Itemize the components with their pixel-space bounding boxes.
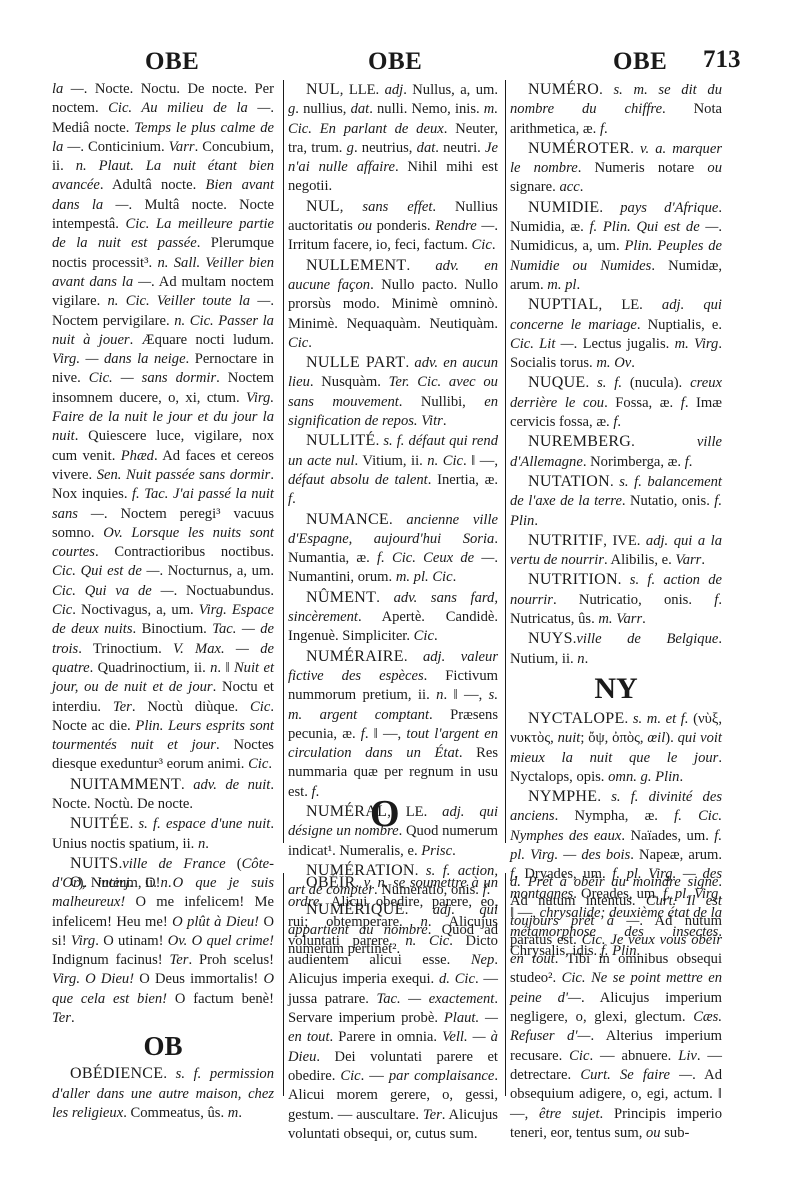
definition-italic: dat — [417, 140, 436, 156]
dictionary-entry: NULLITÉ. s. f. défaut qui rend un acte n… — [288, 431, 498, 509]
definition-italic: Varr — [169, 139, 195, 155]
definition-italic: Curt. Se faire — — [580, 1067, 692, 1083]
definition-italic: Cic — [472, 237, 492, 253]
bottom-column-1: O, interj. O! O que je suis malheureux! … — [52, 873, 274, 1123]
dictionary-entry: NUMÉRAIRE. adj. valeur fictive des espèc… — [288, 647, 498, 802]
definition-italic: Liv — [678, 1048, 697, 1064]
top-column-1: la —. Nocte. Noctu. De nocte. Per noctem… — [52, 80, 274, 893]
headword: NUTATION — [528, 473, 610, 490]
definition-italic: Sen. Nuit passée sans dormir — [97, 467, 271, 483]
definition-italic: Cic. Qui est de — — [52, 563, 159, 579]
dictionary-entry: NULLE PART. adv. en aucun lieu. Nusquàm.… — [288, 353, 498, 431]
definition-italic: Rendre — — [435, 218, 494, 234]
definition-italic: Plin. Peuples de Numidie ou Numides — [510, 238, 722, 273]
definition-italic: Je n'ai nulle affaire — [288, 140, 498, 175]
definition-italic: Temps le plus calme de la — — [52, 120, 274, 155]
definition-italic: Phæd — [121, 448, 154, 464]
dictionary-entry: NUQUE. s. f. (nucula). creux derrière le… — [510, 373, 722, 432]
definition-italic: f — [714, 592, 718, 608]
section-heading: OB — [52, 1028, 274, 1064]
headword: OBÉIR — [306, 874, 356, 891]
definition-italic: Ter — [170, 952, 189, 968]
headword: NUMÉROTER — [528, 140, 630, 157]
dictionary-page: OBE OBE OBE 713 la —. Nocte. Noctu. De n… — [0, 0, 795, 1200]
definition-italic: dat — [351, 101, 370, 117]
definition-italic: ville de Belgique — [576, 631, 718, 647]
letter-section-heading: O — [370, 792, 400, 836]
dictionary-entry: NUTRITION. s. f. action de nourrir. Nutr… — [510, 570, 722, 629]
definition-italic: Cic. La meilleure partie de la nuit est … — [52, 216, 274, 251]
bottom-column-3: d. Prêt à obéir au moindre signe. Ad nut… — [510, 873, 722, 1143]
definition-italic: ou — [646, 1125, 661, 1141]
definition-italic: interj — [98, 875, 130, 891]
definition-italic: m — [228, 1105, 239, 1121]
definition-italic: ou — [357, 218, 372, 234]
dictionary-entry: NUYS.ville de Belgique. Nutium, ii. n. — [510, 629, 722, 669]
column-rule — [505, 80, 506, 843]
headword: NUMÉRAIRE — [306, 648, 404, 665]
headword: NUITÉE — [70, 815, 130, 832]
definition-italic: Cic — [52, 602, 72, 618]
headword: NUL — [306, 81, 340, 98]
definition-italic: Cic. Au milieu de la — — [108, 100, 270, 116]
dictionary-entry: NÛMENT. adv. sans fard, sincèrement. Ape… — [288, 588, 498, 647]
headword: NÛMENT — [306, 589, 376, 606]
definition-italic: s. m. et f. — [633, 711, 689, 727]
definition-italic: défaut absolu de talent — [288, 472, 428, 488]
bottom-column-2: OBÉIR. v. n. se soumettre à un ordre. Al… — [288, 873, 498, 1144]
definition-italic: d. Prêt à obéir au moindre signe — [510, 874, 718, 890]
definition-italic: omn. g. Plin — [608, 769, 679, 785]
definition-italic: œil — [647, 730, 665, 746]
headword: NUPTIAL — [528, 296, 599, 313]
definition-italic: adv. de nuit — [193, 777, 270, 793]
dictionary-entry: NUL, sans effet. Nullius auctoritatis ou… — [288, 197, 498, 256]
definition-italic: n — [198, 836, 205, 852]
column-rule — [505, 873, 506, 1096]
headword: NUITS — [70, 855, 119, 872]
definition-italic: f — [600, 121, 604, 137]
headword: NUYS — [528, 630, 573, 647]
definition-italic: m. Varr — [598, 611, 642, 627]
definition-italic: n. Sall. Veiller bien avant dans la — — [52, 255, 274, 290]
definition-italic: Virg. Faire de la nuit le jour et du jou… — [52, 390, 274, 445]
definition-italic: n. Cic — [405, 933, 449, 949]
definition-italic: par complaisance — [389, 1068, 495, 1084]
definition-italic: Cic. Ne se point mettre en peine d'— — [510, 970, 722, 1005]
definition-italic: m. Cic. En parlant de deux — [288, 101, 498, 136]
definition-italic: tout l'argent en circulation dans un Éta… — [288, 726, 498, 761]
definition-italic: Cic. Je veux vous obéir en tout — [510, 932, 722, 967]
definition-italic: f — [613, 414, 617, 430]
definition-italic: Virg — [71, 933, 95, 949]
column-rule — [283, 873, 284, 1096]
headword: NUMIDIE — [528, 199, 599, 216]
dictionary-entry: NULLEMENT. adv. en aucune façon. Nullo p… — [288, 256, 498, 353]
dictionary-entry: O, interj. O! O que je suis malheureux! … — [52, 873, 274, 1028]
definition-italic: f — [312, 784, 316, 800]
dictionary-entry: NUMANCE. ancienne ville d'Espagne, aujou… — [288, 510, 498, 588]
dictionary-entry: NUPTIAL, LE. adj. qui concerne le mariag… — [510, 295, 722, 373]
headword: NUITAMMENT — [70, 776, 181, 793]
dictionary-entry: NUITÉE. s. f. espace d'une nuit. Unius n… — [52, 814, 274, 854]
definition-italic: n — [577, 651, 584, 667]
headword: NUREMBERG — [528, 433, 631, 450]
dictionary-entry: NUTATION. s. f. balancement de l'axe de … — [510, 472, 722, 531]
definition-italic: Cic — [288, 335, 308, 351]
definition-italic: m. pl. Cic — [396, 569, 453, 585]
dictionary-entry: NUREMBERG. ville d'Allemagne. Norimberga… — [510, 432, 722, 472]
definition-italic: Cic — [569, 1048, 589, 1064]
dictionary-entry: OBÉDIENCE. s. f. permission d'aller dans… — [52, 1064, 274, 1123]
definition-italic: f. Cic. Ceux de — — [377, 550, 494, 566]
definition-italic: Nep — [471, 952, 495, 968]
definition-italic: nuit — [558, 730, 581, 746]
definition-italic: Varr — [675, 552, 701, 568]
definition-italic: s. f. espace d'une nuit — [138, 816, 270, 832]
dictionary-entry: NUMÉRO. s. m. se dit du nombre du chiffr… — [510, 80, 722, 139]
definition-italic: n. Cic. Passer la nuit à jouer — [52, 313, 274, 348]
definition-italic: Virg. O Dieu! — [52, 971, 134, 987]
dictionary-entry: NUTRITIF, IVE. adj. qui a la vertu de no… — [510, 531, 722, 571]
column-rule — [283, 80, 284, 843]
definition-italic: n. Cic — [427, 453, 463, 469]
definition-italic: g — [288, 101, 295, 117]
headword: NUTRITIF — [528, 532, 603, 549]
definition-italic: Cic — [414, 628, 434, 644]
headword: OBÉDIENCE — [70, 1065, 163, 1082]
definition-italic: s. f. — [597, 375, 622, 391]
definition-italic: Cic. Lit — — [510, 336, 574, 352]
page-number: 713 — [703, 46, 741, 74]
definition-italic: ou — [707, 160, 722, 176]
definition-italic: n — [421, 914, 428, 930]
definition-italic: la — — [52, 81, 84, 97]
headword: O — [70, 874, 82, 891]
definition-italic: m. pl — [547, 277, 576, 293]
definition-italic: f — [288, 491, 292, 507]
entry-continuation: d. Prêt à obéir au moindre signe. Ad nut… — [510, 873, 722, 1143]
definition-italic: n — [210, 660, 217, 676]
top-column-3: NUMÉRO. s. m. se dit du nombre du chiffr… — [510, 80, 722, 962]
dictionary-entry: OBÉIR. v. n. se soumettre à un ordre. Al… — [288, 873, 498, 1144]
definition-italic: Tac. — exactement — [376, 991, 494, 1007]
definition-italic: s. m. argent comptant — [288, 687, 498, 722]
definition-italic: m. Ov — [596, 355, 631, 371]
headword: NYMPHE — [528, 788, 597, 805]
definition-italic: Prisc — [421, 843, 452, 859]
definition-italic: Ter — [423, 1107, 442, 1123]
headword: NULLITÉ — [306, 432, 376, 449]
running-head-right: OBE — [613, 48, 667, 76]
definition-italic: Virg. — dans la neige — [52, 351, 186, 367]
definition-italic: f — [361, 726, 365, 742]
definition-italic: f — [681, 395, 685, 411]
definition-italic: Curt. Il est toujours prêt à — — [510, 893, 722, 928]
definition-italic: Ov. Lorsque les nuits sont courtes — [52, 525, 274, 560]
definition-italic: n. Cic. Veiller toute la — — [108, 293, 271, 309]
headword: NUMANCE — [306, 511, 389, 528]
definition-italic: sans effet — [362, 199, 432, 215]
section-heading: NY — [510, 669, 722, 709]
definition-italic: adj — [385, 82, 404, 98]
definition-italic: pays d'Afrique — [620, 200, 718, 216]
definition-italic: f — [685, 454, 689, 470]
definition-italic: Cæs. Refuser d'— — [510, 1009, 722, 1044]
definition-italic: Cic — [248, 756, 268, 772]
running-head-center: OBE — [368, 48, 422, 76]
definition-italic: Cic. Qui va de — — [52, 583, 174, 599]
headword: NUMÉRO — [528, 81, 599, 98]
definition-italic: O que je suis malheureux! — [52, 875, 274, 910]
definition-italic: O plût à Dieu! — [172, 914, 259, 930]
headword: NULLEMENT — [306, 257, 406, 274]
dictionary-entry: NUITAMMENT. adv. de nuit. Nocte. Noctù. … — [52, 775, 274, 815]
running-head-left: OBE — [145, 48, 199, 76]
definition-italic: f. Tac. J'ai passé la nuit sans — — [52, 486, 274, 521]
definition-italic: f. Plin. Qui est de — — [589, 219, 718, 235]
definition-italic: Ter — [113, 699, 132, 715]
definition-italic: qui voit mieux la nuit que le jour — [510, 730, 722, 765]
headword: NUTRITION — [528, 571, 618, 588]
headword: NULLE PART — [306, 354, 406, 371]
definition-italic: n — [436, 687, 443, 703]
definition-italic: Ov. O quel crime! — [168, 933, 274, 949]
definition-italic: d. Cic — [439, 971, 475, 987]
definition-italic: acc — [559, 179, 579, 195]
headword: NUQUE — [528, 374, 586, 391]
dictionary-entry: NYCTALOPE. s. m. et f. (νὺξ, νυκτὸς, nui… — [510, 709, 722, 787]
headword: NYCTALOPE — [528, 710, 625, 727]
definition-italic: ville de France — [122, 856, 225, 872]
definition-italic: Cic — [340, 1068, 360, 1084]
definition-italic: Plin. Leurs esprits sont tourmentés nuit… — [52, 718, 274, 753]
dictionary-entry: NUL, LLE. adj. Nullus, a, um. g. nullius… — [288, 80, 498, 197]
definition-italic: m. Virg — [675, 336, 719, 352]
dictionary-entry: NUMIDIE. pays d'Afrique. Numidia, æ. f. … — [510, 198, 722, 295]
definition-italic: être sujet — [539, 1106, 600, 1122]
definition-italic: g — [347, 140, 354, 156]
definition-italic: Ter — [52, 1010, 71, 1026]
headword: NUL — [306, 198, 340, 215]
definition-italic: Ter. Cic. avec ou sans mouvement — [288, 374, 498, 409]
entry-continuation: la —. Nocte. Noctu. De nocte. Per noctem… — [52, 80, 274, 775]
definition-italic: Cic — [250, 699, 270, 715]
definition-italic: Cic. — sans dormir — [89, 370, 216, 386]
dictionary-entry: NUMÉROTER. v. a. marquer le nombre. Nume… — [510, 139, 722, 198]
